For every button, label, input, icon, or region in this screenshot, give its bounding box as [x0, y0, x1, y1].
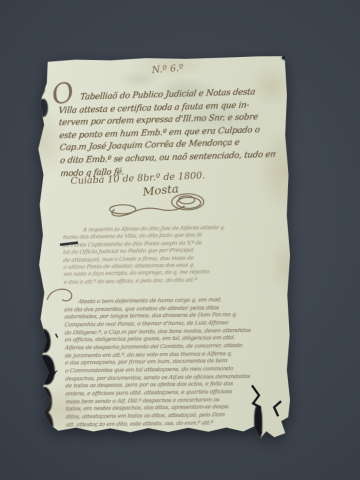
signature-scribble-icon: [177, 197, 201, 208]
torn-edge-char: [38, 355, 55, 385]
torn-edge-char: [282, 55, 289, 60]
torn-edge-char: [39, 99, 48, 117]
torn-edge-char: [37, 83, 45, 95]
attestation-paragraph: Tabelliaõ do Publico Judicial e Notas de…: [58, 86, 277, 181]
torn-edge-char: [39, 387, 52, 413]
photo-background: N.º 6.º O Tabelliaõ do Publico Judicial …: [0, 0, 360, 480]
signature-scribble-icon: [172, 194, 204, 210]
signature-name: Mosta: [142, 181, 179, 198]
second-attestation-paragraph: A requerim.to Afonso do dito Juiz de Alf…: [63, 224, 278, 287]
torn-edge-char: [38, 329, 51, 353]
torn-edge-char: [36, 63, 46, 79]
torn-edge-char: [38, 411, 53, 437]
ink-speck: [56, 334, 58, 338]
third-attestation-paragraph: Atesto o bem deferimento de huma carga q…: [64, 296, 284, 429]
manuscript-paper-wrap: N.º 6.º O Tabelliaõ do Publico Judicial …: [36, 55, 297, 441]
torn-edge-char: [254, 405, 262, 439]
signature-flourish-icon: [112, 206, 185, 216]
signature-flourish-loop-icon: [110, 205, 136, 214]
doc-number: N.º 6.º: [151, 63, 184, 76]
signature-scribble-icon: [179, 196, 195, 204]
manuscript-paper: N.º 6.º O Tabelliaõ do Publico Judicial …: [36, 55, 297, 441]
